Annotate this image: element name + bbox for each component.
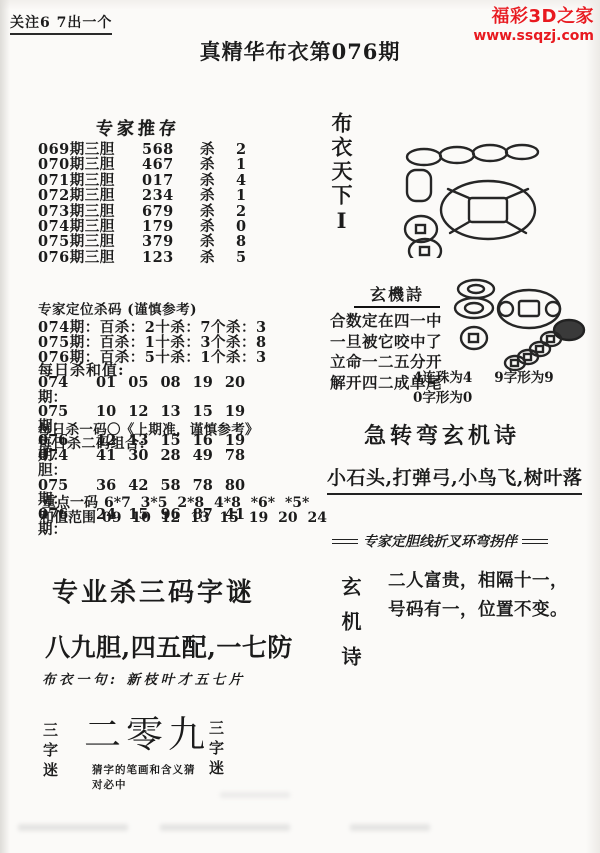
dan-cell: 679 — [142, 204, 200, 219]
table-row: 071期三胆 017 杀 4 — [38, 173, 247, 188]
row-label: 074胆： — [38, 449, 96, 479]
three-char-riddle-label-left: 三字迷 — [40, 722, 61, 782]
sum-range: 和值范围09 10 12 13 15 19 20 24 — [40, 507, 327, 527]
scanned-lottery-sheet: 关注6 7出一个 福彩3D之家 www.ssqzj.com 真精华布衣第076期… — [0, 0, 600, 853]
coin-note-a: 4连珠为4 — [413, 370, 472, 386]
dan-cell: 379 — [142, 234, 200, 249]
dan-cell: 568 — [142, 142, 200, 157]
expert-table-title: 专家推存 — [95, 113, 180, 139]
table-row: 073期三胆 679 杀 2 — [38, 204, 247, 219]
sum-range-label: 和值范围 — [40, 510, 96, 526]
kill-three-line: 八九胆,四五配,一七防 — [45, 628, 293, 664]
site-name: 福彩3D之家 — [473, 7, 594, 28]
table-row: 072期三胆 234 杀 1 — [38, 188, 247, 203]
kill-cell: 0 — [236, 219, 247, 234]
issue-cell: 071期三胆 — [38, 173, 142, 188]
double-line-decoration — [332, 539, 358, 544]
dan-cell: 123 — [142, 250, 200, 265]
poem-line: 号码有一，位置不变。 — [388, 596, 568, 625]
sharp-turn-title: 急转弯玄机诗 — [364, 419, 520, 450]
issue-cell: 069期三胆 — [38, 142, 142, 157]
number-row: 074期： 01 05 08 19 20 — [38, 376, 245, 405]
issue-cell: 076期三胆 — [38, 250, 142, 265]
issue-cell: 074期三胆 — [38, 219, 142, 234]
issue-cell: 072期三胆 — [38, 188, 142, 203]
three-char-riddle-label-right: 三字迷 — [206, 720, 227, 780]
expert-table: 069期三胆 568 杀 2 070期三胆 467 杀 1 071期三胆 017… — [38, 142, 247, 265]
kill-label: 杀 — [200, 173, 236, 188]
three-char-riddle-answer: 二零九 — [84, 704, 210, 758]
kill-three-title: 专业杀三码字谜 — [52, 572, 255, 609]
page-title: 真精华布衣第076期 — [0, 36, 600, 66]
table-row: 069期三胆 568 杀 2 — [38, 142, 247, 157]
double-line-decoration — [522, 539, 548, 544]
table-row: 070期三胆 467 杀 1 — [38, 157, 247, 172]
buyi-sentence: 布衣一句: 新枝叶才五七片 — [42, 668, 246, 688]
xuanji2-lines: 二人富贵，相隔十一， 号码有一，位置不变。 — [388, 567, 568, 625]
dan-cell: 017 — [142, 173, 200, 188]
kill-label: 杀 — [200, 157, 236, 172]
kill-cell: 1 — [236, 188, 247, 203]
kill-label: 杀 — [200, 204, 236, 219]
section-title: 专家定位杀码 (谨慎参考) — [38, 298, 267, 318]
scan-artifact — [220, 792, 290, 798]
kill-cell: 1 — [236, 157, 247, 172]
coin-puzzle-drawing-2 — [443, 276, 598, 372]
issue-cell: 070期三胆 — [38, 157, 142, 172]
riddle-note-line2: 对必中 — [92, 778, 196, 793]
row-values: 41 30 28 49 78 — [96, 449, 245, 479]
sharp-turn-footer: 专家定胆线折叉环弯拐伴 — [332, 531, 590, 551]
sum-range-values: 09 10 12 13 15 19 20 24 — [102, 510, 327, 526]
kill-label: 杀 — [200, 250, 236, 265]
buyi-tianxia-title: 布衣天下I — [326, 112, 356, 236]
table-row: 074期三胆 179 杀 0 — [38, 219, 247, 234]
coin-puzzle-drawing-1 — [398, 136, 573, 258]
dan-cell: 467 — [142, 157, 200, 172]
kill-cell: 2 — [236, 142, 247, 157]
row-label: 074期： — [38, 376, 96, 405]
number-row: 074胆： 41 30 28 49 78 — [38, 449, 245, 479]
issue-cell: 075期三胆 — [38, 234, 142, 249]
xuanji2-vertical-title: 玄机诗 — [336, 576, 365, 681]
riddle-note: 猜字的笔画和含义猜 对必中 — [92, 763, 196, 793]
coin-note-line1: 4连珠为49字形为9 — [413, 366, 554, 386]
scan-artifact — [160, 824, 290, 831]
table-row: 075期三胆 379 杀 8 — [38, 234, 247, 249]
dan-cell: 234 — [142, 188, 200, 203]
sharp-turn-line: 小石头,打弹弓,小鸟飞,树叶落 — [327, 463, 582, 495]
coin-note-b: 9字形为9 — [494, 370, 553, 386]
poem-line: 二人富贵，相隔十一， — [388, 567, 568, 596]
kill-cell: 8 — [236, 234, 247, 249]
xuanji-poem-title: 玄機詩 — [354, 282, 440, 308]
row-values: 01 05 08 19 20 — [96, 376, 245, 405]
kill-label: 杀 — [200, 234, 236, 249]
kill-cell: 5 — [236, 250, 247, 265]
position-kill-section: 专家定位杀码 (谨慎参考) 074期：百杀：2十杀：7个杀：3 075期：百杀：… — [38, 298, 267, 366]
table-row: 076期三胆 123 杀 5 — [38, 250, 247, 265]
position-kill-row: 074期：百杀：2十杀：7个杀：3 — [38, 320, 267, 335]
kill-cell: 2 — [236, 204, 247, 219]
dan-cell: 179 — [142, 219, 200, 234]
scan-artifact — [350, 824, 430, 831]
riddle-note-line1: 猜字的笔画和含义猜 — [92, 763, 196, 778]
attention-note: 关注6 7出一个 — [10, 12, 112, 35]
kill-cell: 4 — [236, 173, 247, 188]
coin-note-line2: 0字形为0 — [413, 386, 472, 406]
sharp-turn-footer-text: 专家定胆线折叉环弯拐伴 — [363, 531, 517, 551]
issue-cell: 073期三胆 — [38, 204, 142, 219]
kill-label: 杀 — [200, 188, 236, 203]
scan-artifact — [18, 824, 128, 831]
